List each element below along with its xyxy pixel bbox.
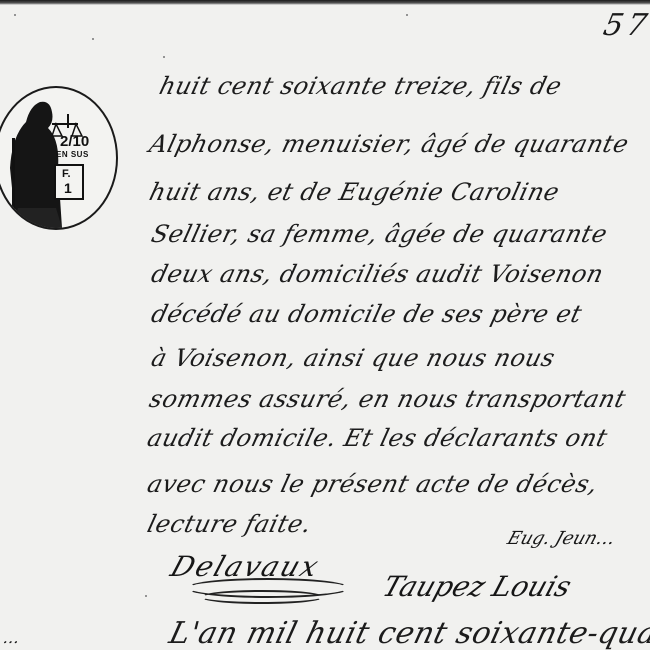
text-line: Alphonse, menuisier, âgé de quarante xyxy=(147,130,632,158)
scan-speck xyxy=(92,38,94,40)
text-line: audit domicile. Et les déclarants ont xyxy=(145,424,611,452)
text-line: à Voisenon, ainsi que nous nous xyxy=(149,344,559,372)
stamp-box-label: F. xyxy=(62,168,71,180)
stamp-value: 2/10 xyxy=(60,134,89,149)
page-number: 57 xyxy=(600,8,650,43)
scan-speck xyxy=(145,595,147,597)
text-line: Sellier, sa femme, âgée de quarante xyxy=(149,220,611,248)
scan-top-edge xyxy=(0,0,650,5)
tax-stamp: 2/10 EN SUS F. 1 xyxy=(0,86,118,230)
margin-fragment: … xyxy=(1,628,23,647)
signature-witness-1: Eug. Jeun… xyxy=(505,528,619,549)
signature-flourish xyxy=(200,590,324,604)
signature-witness-2: Taupez Louis xyxy=(379,570,576,603)
text-line: lecture faite. xyxy=(145,510,315,538)
stamp-box-digit: 1 xyxy=(64,180,72,196)
text-line: sommes assuré, en nous transportant xyxy=(147,385,629,413)
stamp-subtext: EN SUS xyxy=(56,150,89,159)
text-line: décédé au domicile de ses père et xyxy=(149,300,586,328)
scan-speck xyxy=(14,14,16,16)
text-line: deux ans, domiciliés audit Voisenon xyxy=(149,260,607,288)
text-line: huit ans, et de Eugénie Caroline xyxy=(147,178,563,206)
scan-speck xyxy=(406,14,408,16)
text-line: huit cent soixante treize, fils de xyxy=(157,72,565,100)
next-entry-text: L'an mil huit cent soixante-quatorze xyxy=(166,616,650,650)
text-line: avec nous le présent acte de décès, xyxy=(145,470,601,498)
scan-speck xyxy=(163,56,165,58)
